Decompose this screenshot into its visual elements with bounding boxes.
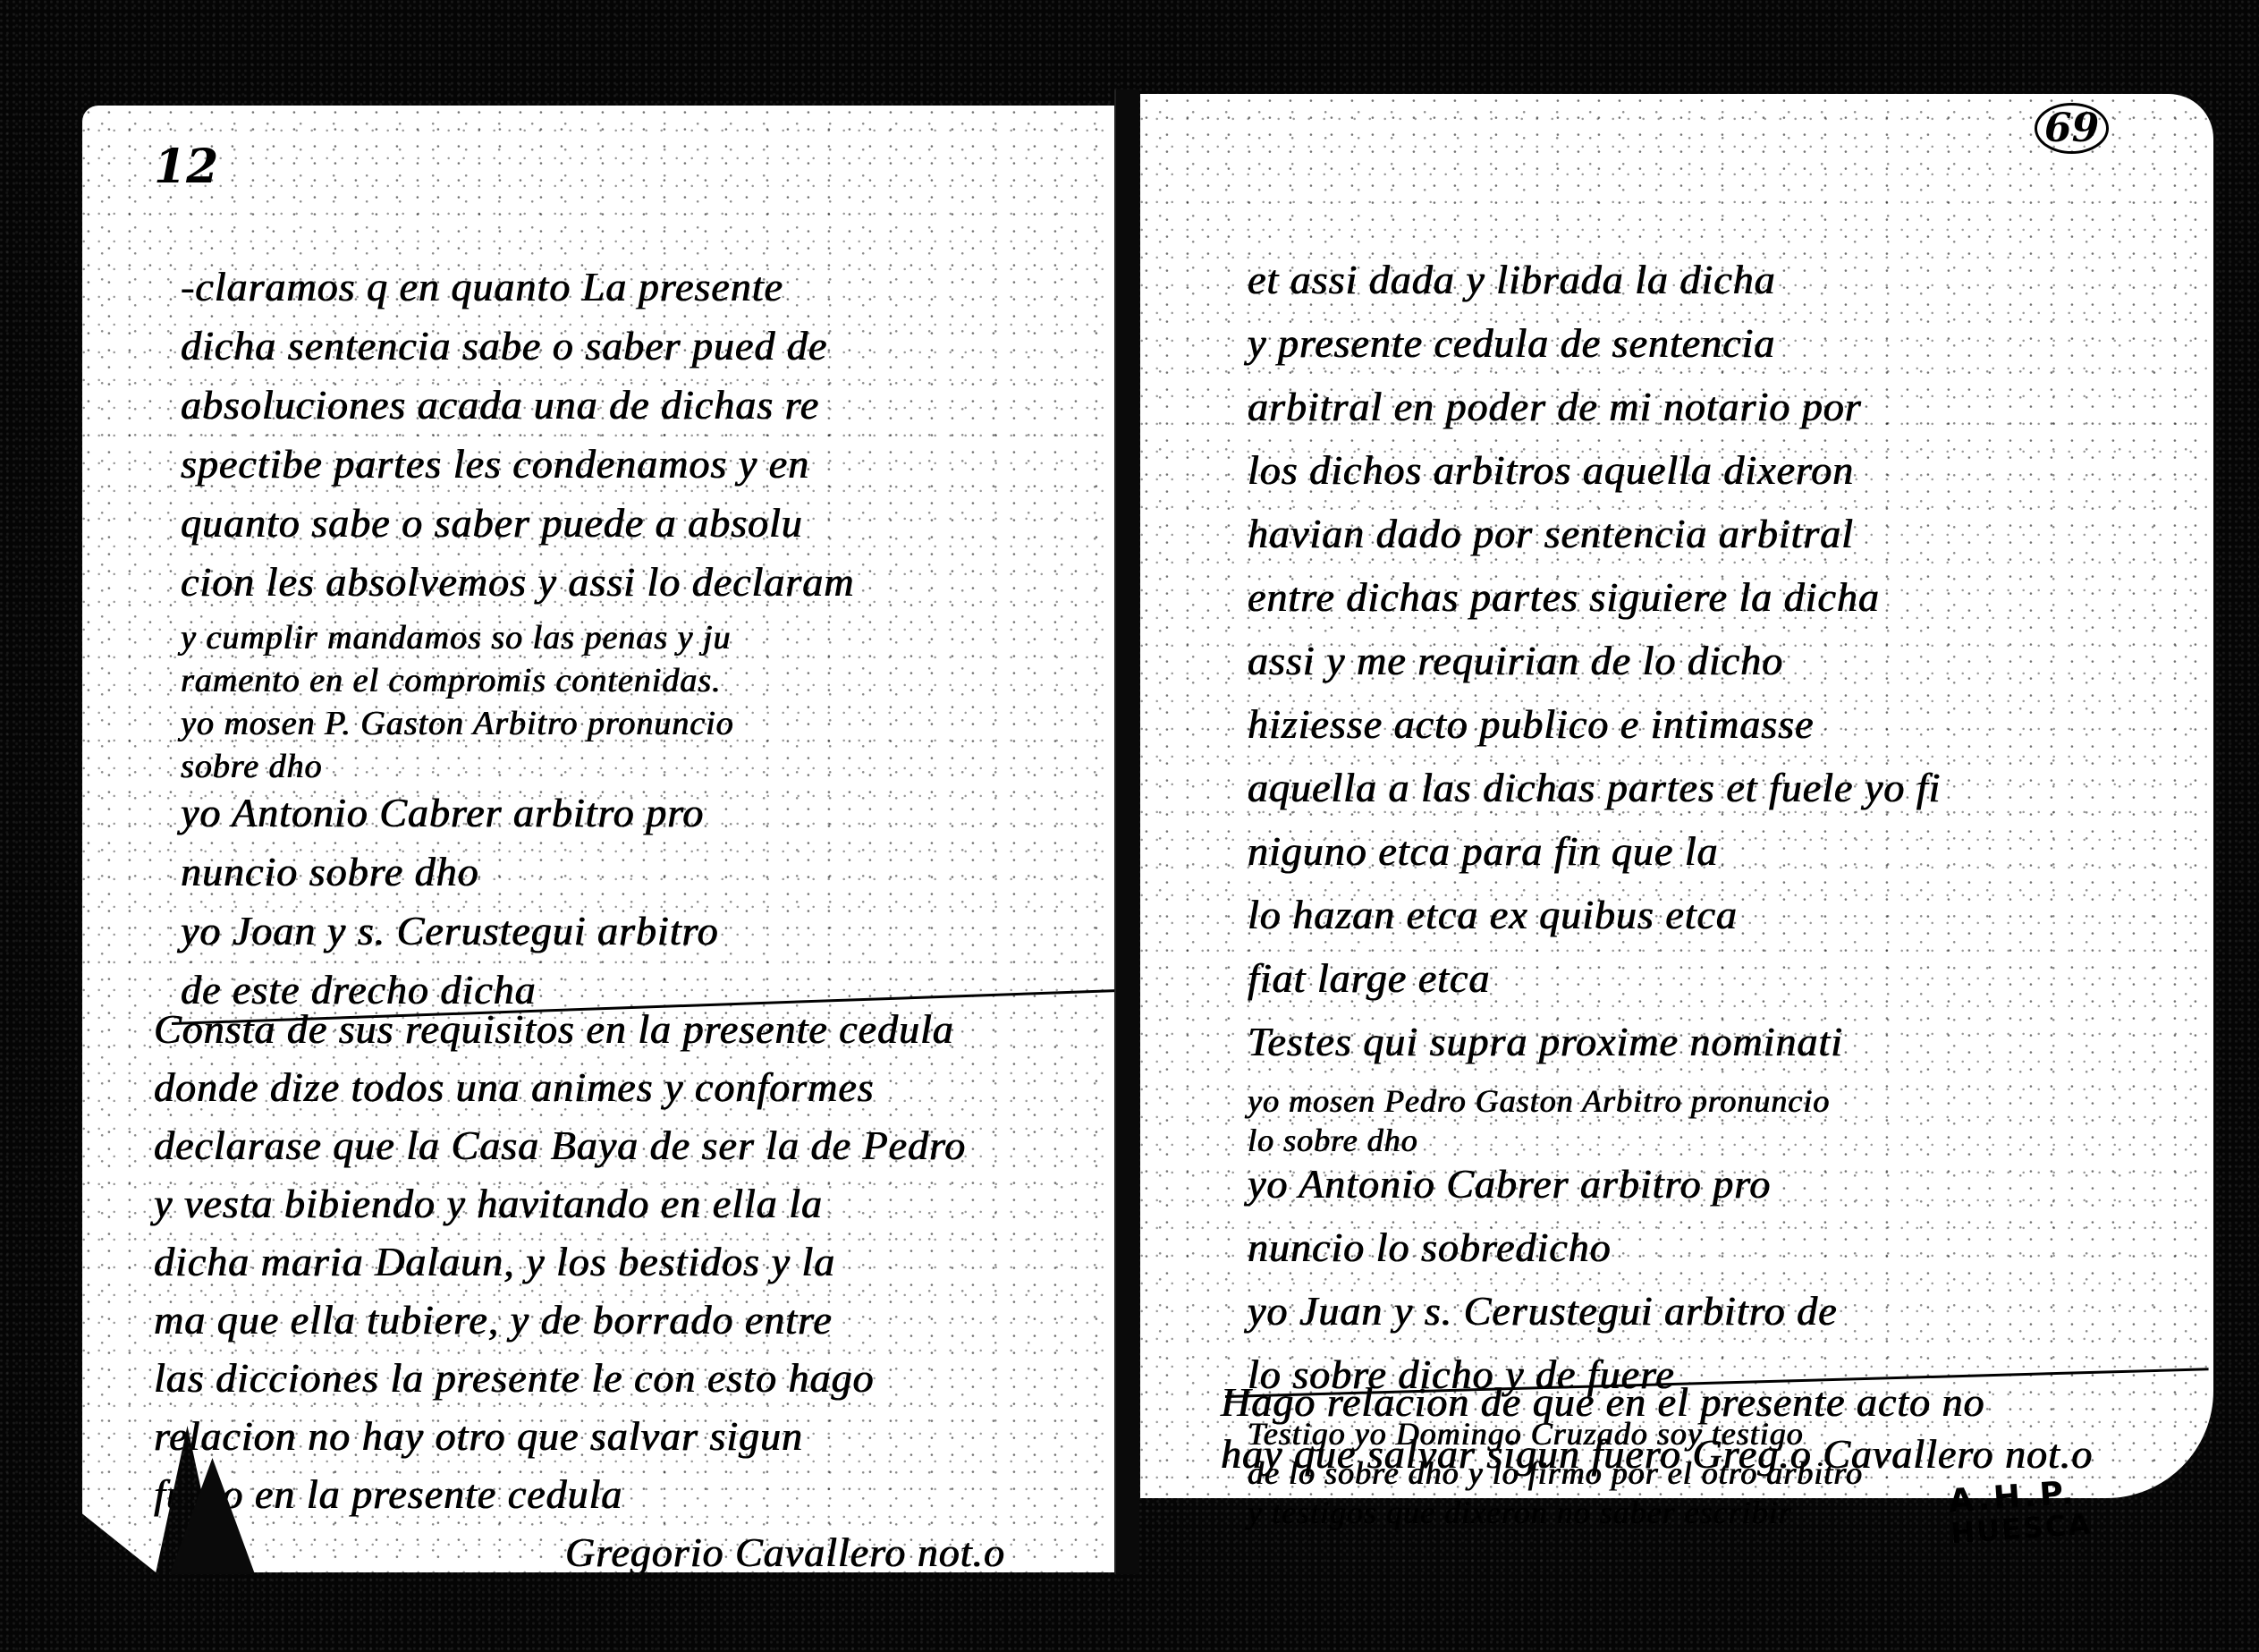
manuscript-line: quanto sabe o saber puede a absolu: [181, 503, 854, 562]
arbiter-signature-line: nuncio sobre dho: [181, 851, 854, 911]
manuscript-line: ma que ella tubiere, y de borrado entre: [154, 1300, 1005, 1358]
manuscript-line: hiziesse acto publico e intimasse: [1248, 704, 1941, 767]
manuscript-line: aquella a las dichas partes et fuele yo …: [1248, 767, 1941, 831]
arbiter-signature-line: nuncio lo sobredicho: [1248, 1227, 1941, 1291]
manuscript-line: dicha sentencia sabe o saber pued de: [181, 326, 854, 385]
arbiter-signature-line: sobre dho: [181, 750, 854, 792]
archive-stamp: A.H.P. HUESCA: [1948, 1476, 2094, 1549]
manuscript-line: las dicciones la presente le con esto ha…: [154, 1358, 1005, 1416]
witness-signature-line: y testigos que dixeron no saber escribir: [1248, 1496, 1941, 1536]
notary-signature: hay que salvar sigun fuero Greg.o Cavall…: [1221, 1434, 2093, 1486]
manuscript-line: los dichos arbitros aquella dixeron: [1248, 450, 1941, 513]
manuscript-line: fiat large etca: [1248, 958, 1941, 1021]
left-page-body: -claramos q en quanto La presente dicha …: [181, 267, 854, 1029]
manuscript-line: -claramos q en quanto La presente: [181, 267, 854, 326]
manuscript-line: Consta de sus requisitos en la presente …: [154, 1009, 1005, 1067]
manuscript-line: spectibe partes les condenamos y en: [181, 444, 854, 503]
manuscript-line: declarase que la Casa Baya de ser la de …: [154, 1125, 1005, 1183]
manuscript-line: assi y me requirian de lo dicho: [1248, 640, 1941, 704]
manuscript-line: relacion no hay otro que salvar sigun: [154, 1416, 1005, 1474]
manuscript-line: Testes qui supra proxime nominati: [1248, 1021, 1941, 1085]
folio-number-left: 12: [154, 140, 218, 194]
arbiter-signature-line: yo Joan y s. Cerustegui arbitro: [181, 911, 854, 970]
manuscript-line: y presente cedula de sentencia: [1248, 323, 1941, 386]
arbiter-signature-line: yo Antonio Cabrer arbitro pro: [181, 792, 854, 851]
left-page: 12 -claramos q en quanto La presente dic…: [82, 106, 1133, 1572]
manuscript-line: Hago relacion de que en el presente acto…: [1221, 1382, 2093, 1434]
book-gutter: [1114, 89, 1139, 1574]
manuscript-line: absoluciones acada una de dichas re: [181, 385, 854, 444]
right-page: 69 et assi dada y librada la dicha y pre…: [1140, 94, 2213, 1498]
folio-number-right: 69: [2035, 103, 2109, 154]
manuscript-line: havian dado por sentencia arbitral: [1248, 513, 1941, 577]
arbiter-signature-line: yo mosen P. Gaston Arbitro pronuncio: [181, 707, 854, 750]
manuscript-line: cion les absolvemos y assi lo declaram: [181, 562, 854, 621]
manuscript-line: dicha maria Dalaun, y los bestidos y la: [154, 1241, 1005, 1300]
manuscript-line: lo hazan etca ex quibus etca: [1248, 894, 1941, 958]
right-page-body: et assi dada y librada la dicha y presen…: [1248, 259, 1941, 1536]
left-page-notary-note: Consta de sus requisitos en la presente …: [154, 1009, 1005, 1590]
manuscript-line: fuero en la presente cedula: [154, 1474, 1005, 1532]
arbiter-signature-line: yo Juan y s. Cerustegui arbitro de: [1248, 1291, 1941, 1354]
manuscript-line: et assi dada y librada la dicha: [1248, 259, 1941, 323]
manuscript-line: y cumplir mandamos so las penas y ju: [181, 621, 854, 664]
right-page-notary-note: Hago relacion de que en el presente acto…: [1221, 1382, 2093, 1486]
arbiter-signature-line: lo sobre dho: [1248, 1124, 1941, 1164]
manuscript-line: ramento en el compromis contenidas.: [181, 664, 854, 707]
manuscript-line: niguno etca para fin que la: [1248, 831, 1941, 894]
manuscript-line: y vesta bibiendo y havitando en ella la: [154, 1183, 1005, 1241]
arbiter-signature-line: yo Antonio Cabrer arbitro pro: [1248, 1164, 1941, 1227]
manuscript-line: entre dichas partes siguiere la dicha: [1248, 577, 1941, 640]
manuscript-line: arbitral en poder de mi notario por: [1248, 386, 1941, 450]
arbiter-signature-line: yo mosen Pedro Gaston Arbitro pronuncio: [1248, 1085, 1941, 1124]
manuscript-line: donde dize todos una animes y conformes: [154, 1067, 1005, 1125]
